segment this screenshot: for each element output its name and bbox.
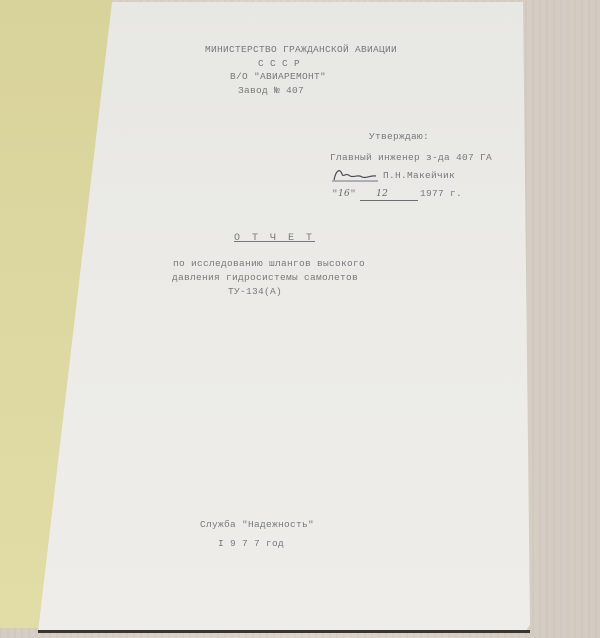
approver-position: Главный инженер з-да 407 ГА	[330, 152, 492, 163]
date-underline	[360, 200, 418, 201]
subtitle-line-2: давления гидросистемы самолетов	[172, 272, 358, 283]
plant-number: Завод № 407	[238, 85, 304, 96]
approval-label: Утверждаю:	[369, 131, 429, 142]
ministry-heading: МИНИСТЕРСТВО ГРАЖДАНСКОЙ АВИАЦИИ	[205, 44, 397, 55]
date-month: 12	[376, 189, 388, 199]
report-year: I 9 7 7 год	[218, 538, 284, 549]
date-year: 1977 г.	[420, 188, 462, 199]
country-heading: С С С Р	[258, 58, 300, 69]
subtitle-line-3: ТУ-134(А)	[228, 286, 282, 297]
service-name: Служба "Надежность"	[200, 519, 314, 530]
approver-name: П.Н.Макейчик	[383, 170, 455, 181]
organization-name: В/О "АВИАРЕМОНТ"	[230, 71, 326, 82]
date-day: 16	[338, 189, 350, 199]
subtitle-line-1: по исследованию шлангов высокого	[173, 258, 365, 269]
report-title: О Т Ч Е Т	[234, 233, 315, 244]
signature-mark	[330, 166, 380, 184]
approval-date: "16" 12	[332, 188, 388, 199]
paper-bottom-edge	[38, 630, 530, 633]
